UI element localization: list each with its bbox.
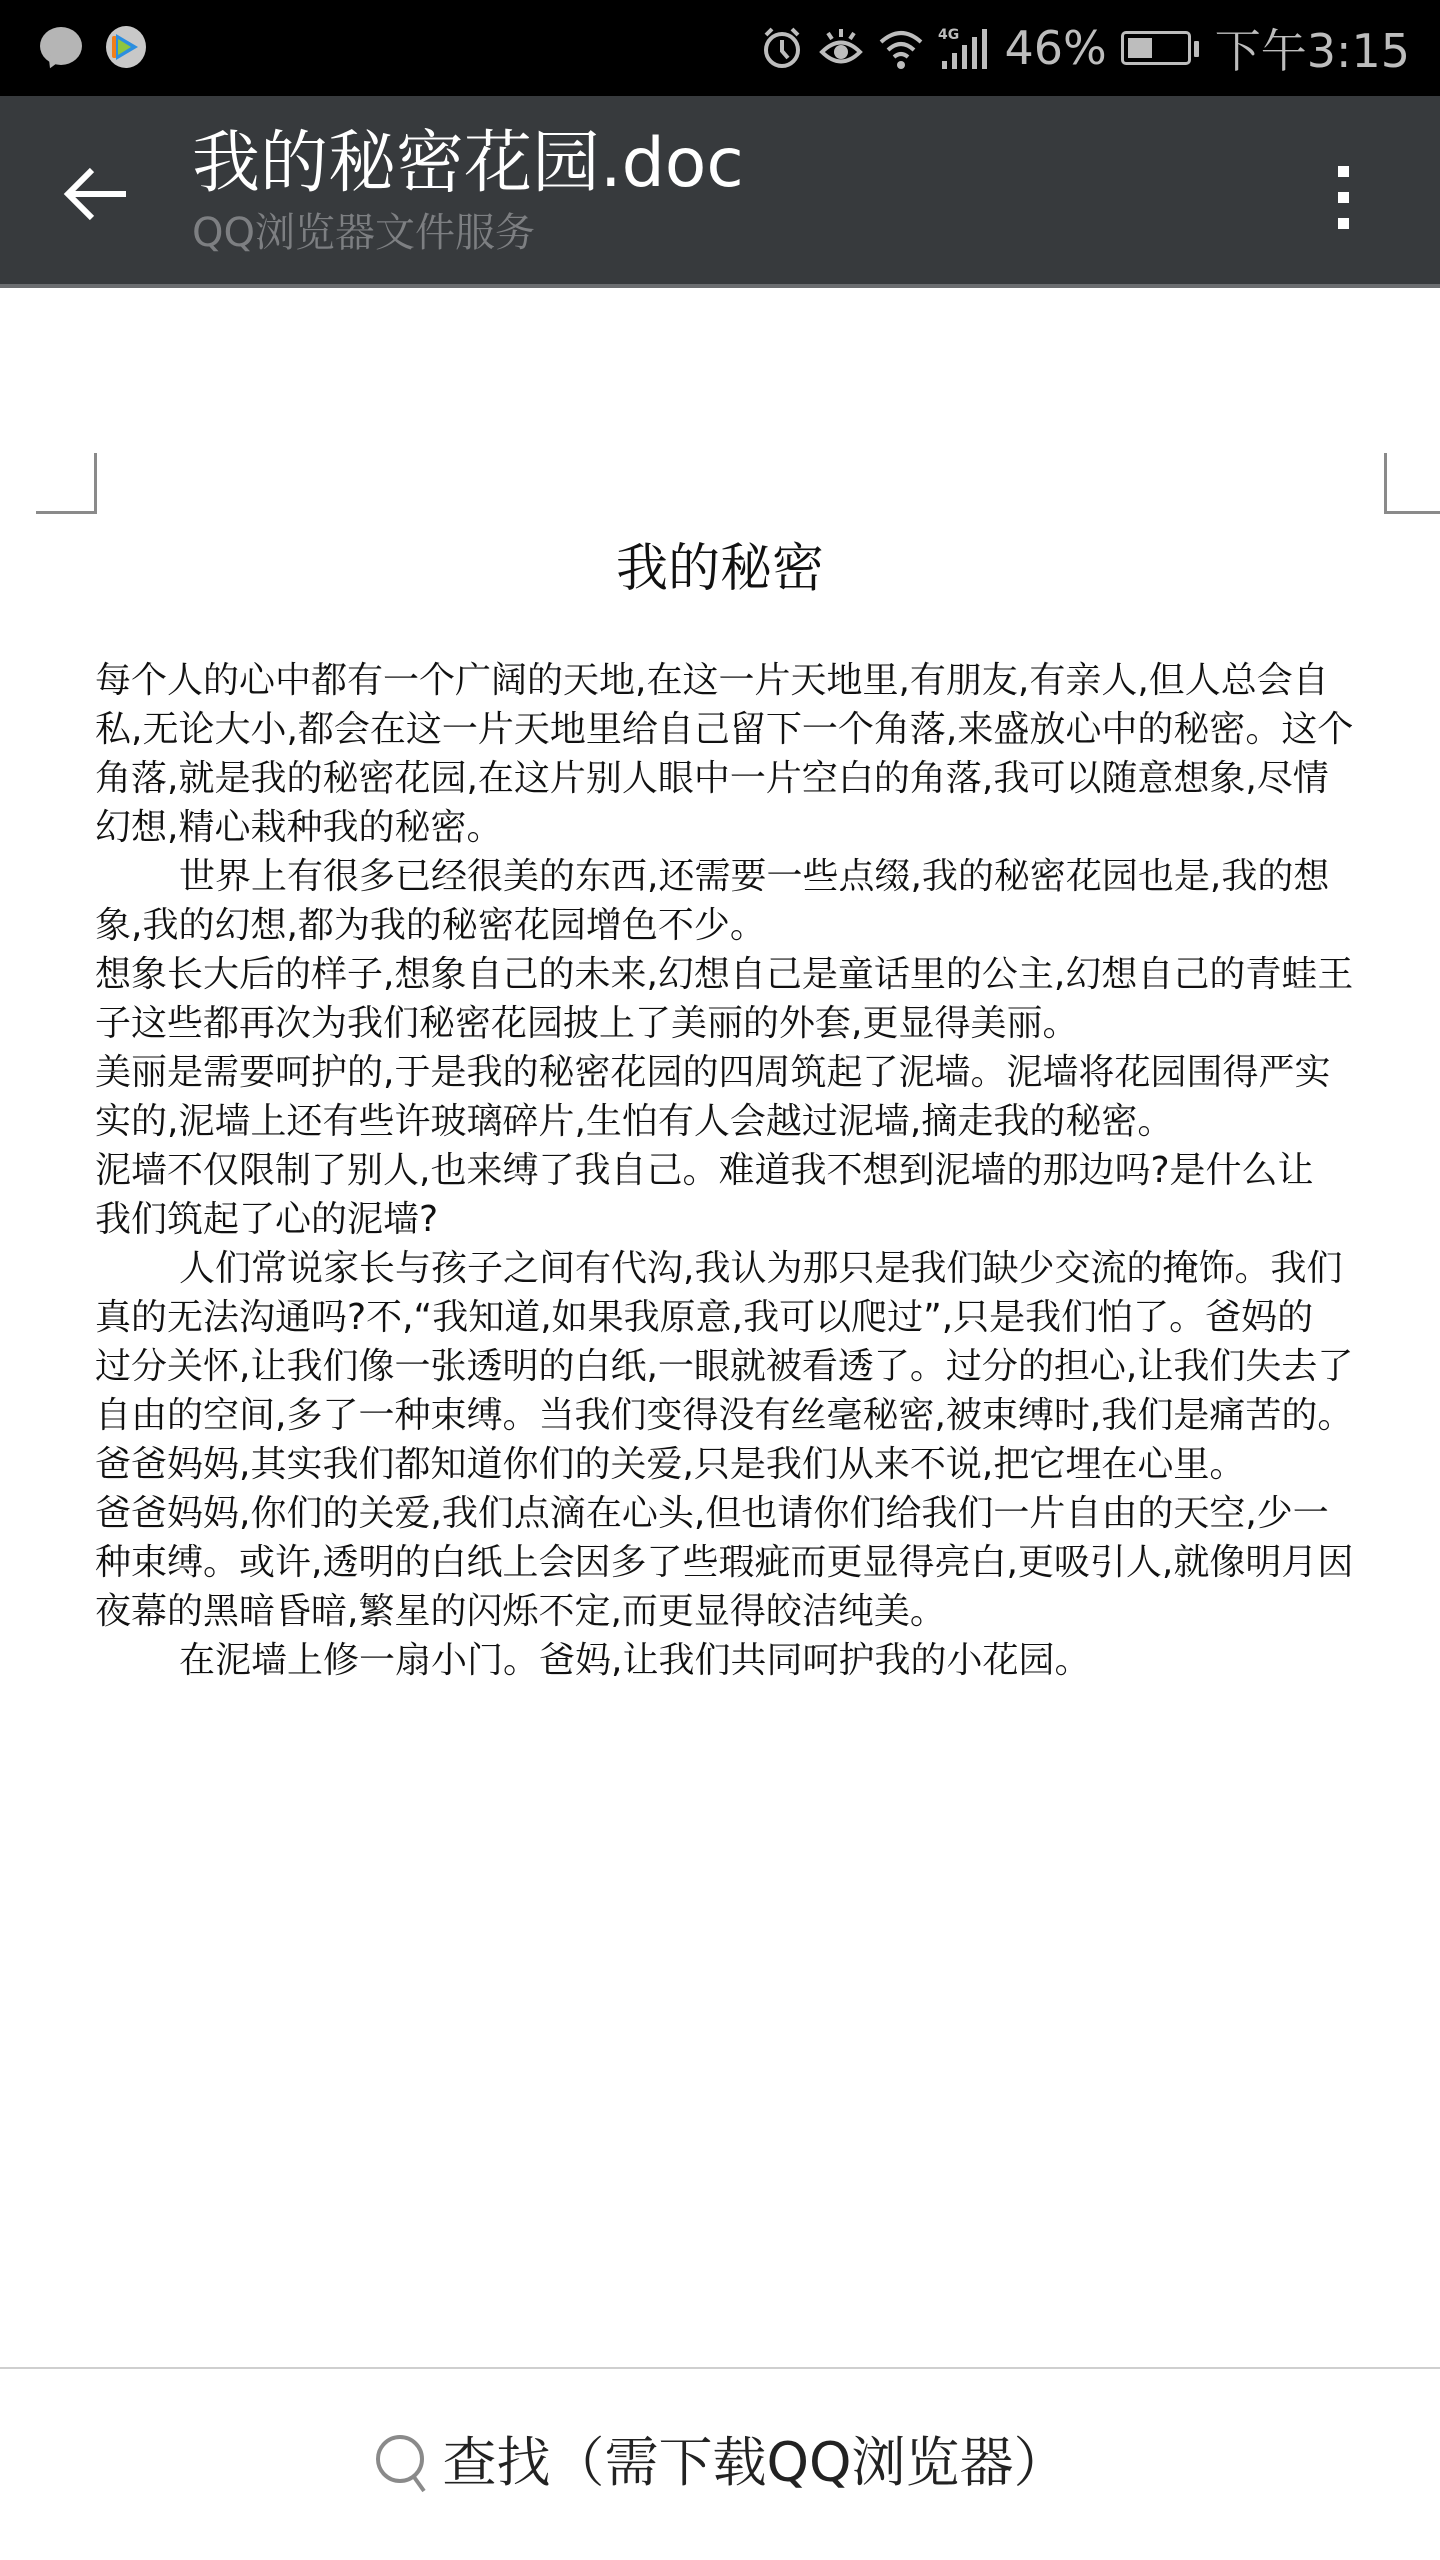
text-line: 在泥墙上修一扇小门。爸妈,让我们共同呵护我的小花园。 — [95, 1636, 1395, 1685]
text-line: 自由的空间,多了一种束缚。当我们变得没有丝毫秘密,被束缚时,我们是痛苦的。 — [95, 1391, 1395, 1440]
service-subtitle: QQ浏览器文件服务 — [192, 208, 535, 258]
more-vertical-icon — [1338, 166, 1349, 177]
svg-text:4G: 4G — [938, 27, 959, 43]
battery-icon — [1121, 31, 1191, 65]
text-line: 幻想,精心栽种我的秘密。 — [95, 803, 1395, 852]
text-line: 美丽是需要呵护的,于是我的秘密花园的四周筑起了泥墙。泥墙将花园围得严实 — [95, 1048, 1395, 1097]
toolbar-divider — [0, 284, 1440, 288]
clock: 下午3:15 — [1215, 15, 1410, 81]
text-line: 爸爸妈妈,你们的关爱,我们点滴在心头,但也请你们给我们一片自由的天空,少一 — [95, 1489, 1395, 1538]
text-line: 想象长大后的样子,想象自己的未来,幻想自己是童话里的公主,幻想自己的青蛙王 — [95, 950, 1395, 999]
document-heading: 我的秘密 — [0, 538, 1440, 600]
wifi-icon — [878, 26, 924, 70]
app-toolbar: 我的秘密花园.doc QQ浏览器文件服务 — [0, 96, 1440, 286]
battery-percent: 46% — [1004, 21, 1106, 75]
document-filename: 我的秘密花园.doc — [192, 124, 744, 204]
back-button[interactable] — [56, 154, 136, 234]
text-line: 实的,泥墙上还有些许玻璃碎片,生怕有人会越过泥墙,摘走我的秘密。 — [95, 1097, 1395, 1146]
system-status: 4G 46% 下午3:15 — [760, 18, 1410, 78]
text-line: 每个人的心中都有一个广阔的天地,在这一片天地里,有朋友,有亲人,但人总会自 — [95, 656, 1395, 705]
text-line: 爸爸妈妈,其实我们都知道你们的关爱,只是我们从来不说,把它埋在心里。 — [95, 1440, 1395, 1489]
find-button[interactable]: 查找（需下载QQ浏览器） — [0, 2369, 1440, 2560]
text-line: 人们常说家长与孩子之间有代沟,我认为那只是我们缺少交流的掩饰。我们 — [95, 1244, 1395, 1293]
message-bubble-icon — [40, 27, 84, 67]
status-bar: 4G 46% 下午3:15 — [0, 0, 1440, 96]
signal-4g-icon: 4G — [938, 25, 990, 71]
text-line: 世界上有很多已经很美的东西,还需要一些点缀,我的秘密花园也是,我的想 — [95, 852, 1395, 901]
text-line: 角落,就是我的秘密花园,在这片别人眼中一片空白的角落,我可以随意想象,尽情 — [95, 754, 1395, 803]
text-line: 泥墙不仅限制了别人,也来缚了我自己。难道我不想到泥墙的那边吗?是什么让 — [95, 1146, 1395, 1195]
notification-icons — [40, 26, 146, 68]
page-corner-mark-left — [36, 453, 97, 514]
page-corner-mark-right — [1384, 453, 1440, 514]
document-body: 每个人的心中都有一个广阔的天地,在这一片天地里,有朋友,有亲人,但人总会自 私,… — [95, 656, 1395, 1685]
eye-comfort-icon — [818, 25, 864, 71]
text-line: 私,无论大小,都会在这一片天地里给自己留下一个角落,来盛放心中的秘密。这个 — [95, 705, 1395, 754]
video-app-icon — [106, 26, 146, 68]
text-line: 种束缚。或许,透明的白纸上会因多了些瑕疵而更显得亮白,更吸引人,就像明月因 — [95, 1538, 1395, 1587]
alarm-icon — [760, 25, 804, 71]
arrow-left-icon — [56, 154, 136, 234]
text-line: 象,我的幻想,都为我的秘密花园增色不少。 — [95, 901, 1395, 950]
text-line: 夜幕的黑暗昏暗,繁星的闪烁不定,而更显得皎洁纯美。 — [95, 1587, 1395, 1636]
find-label: 查找（需下载QQ浏览器） — [442, 2431, 1067, 2495]
search-icon — [372, 2431, 432, 2495]
text-line: 子这些都再次为我们秘密花园披上了美丽的外套,更显得美丽。 — [95, 999, 1395, 1048]
text-line: 我们筑起了心的泥墙? — [95, 1195, 1395, 1244]
more-menu-button[interactable] — [1320, 146, 1370, 236]
text-line: 过分关怀,让我们像一张透明的白纸,一眼就被看透了。过分的担心,让我们失去了 — [95, 1342, 1395, 1391]
text-line: 真的无法沟通吗?不,“我知道,如果我原意,我可以爬过”,只是我们怕了。爸妈的 — [95, 1293, 1395, 1342]
